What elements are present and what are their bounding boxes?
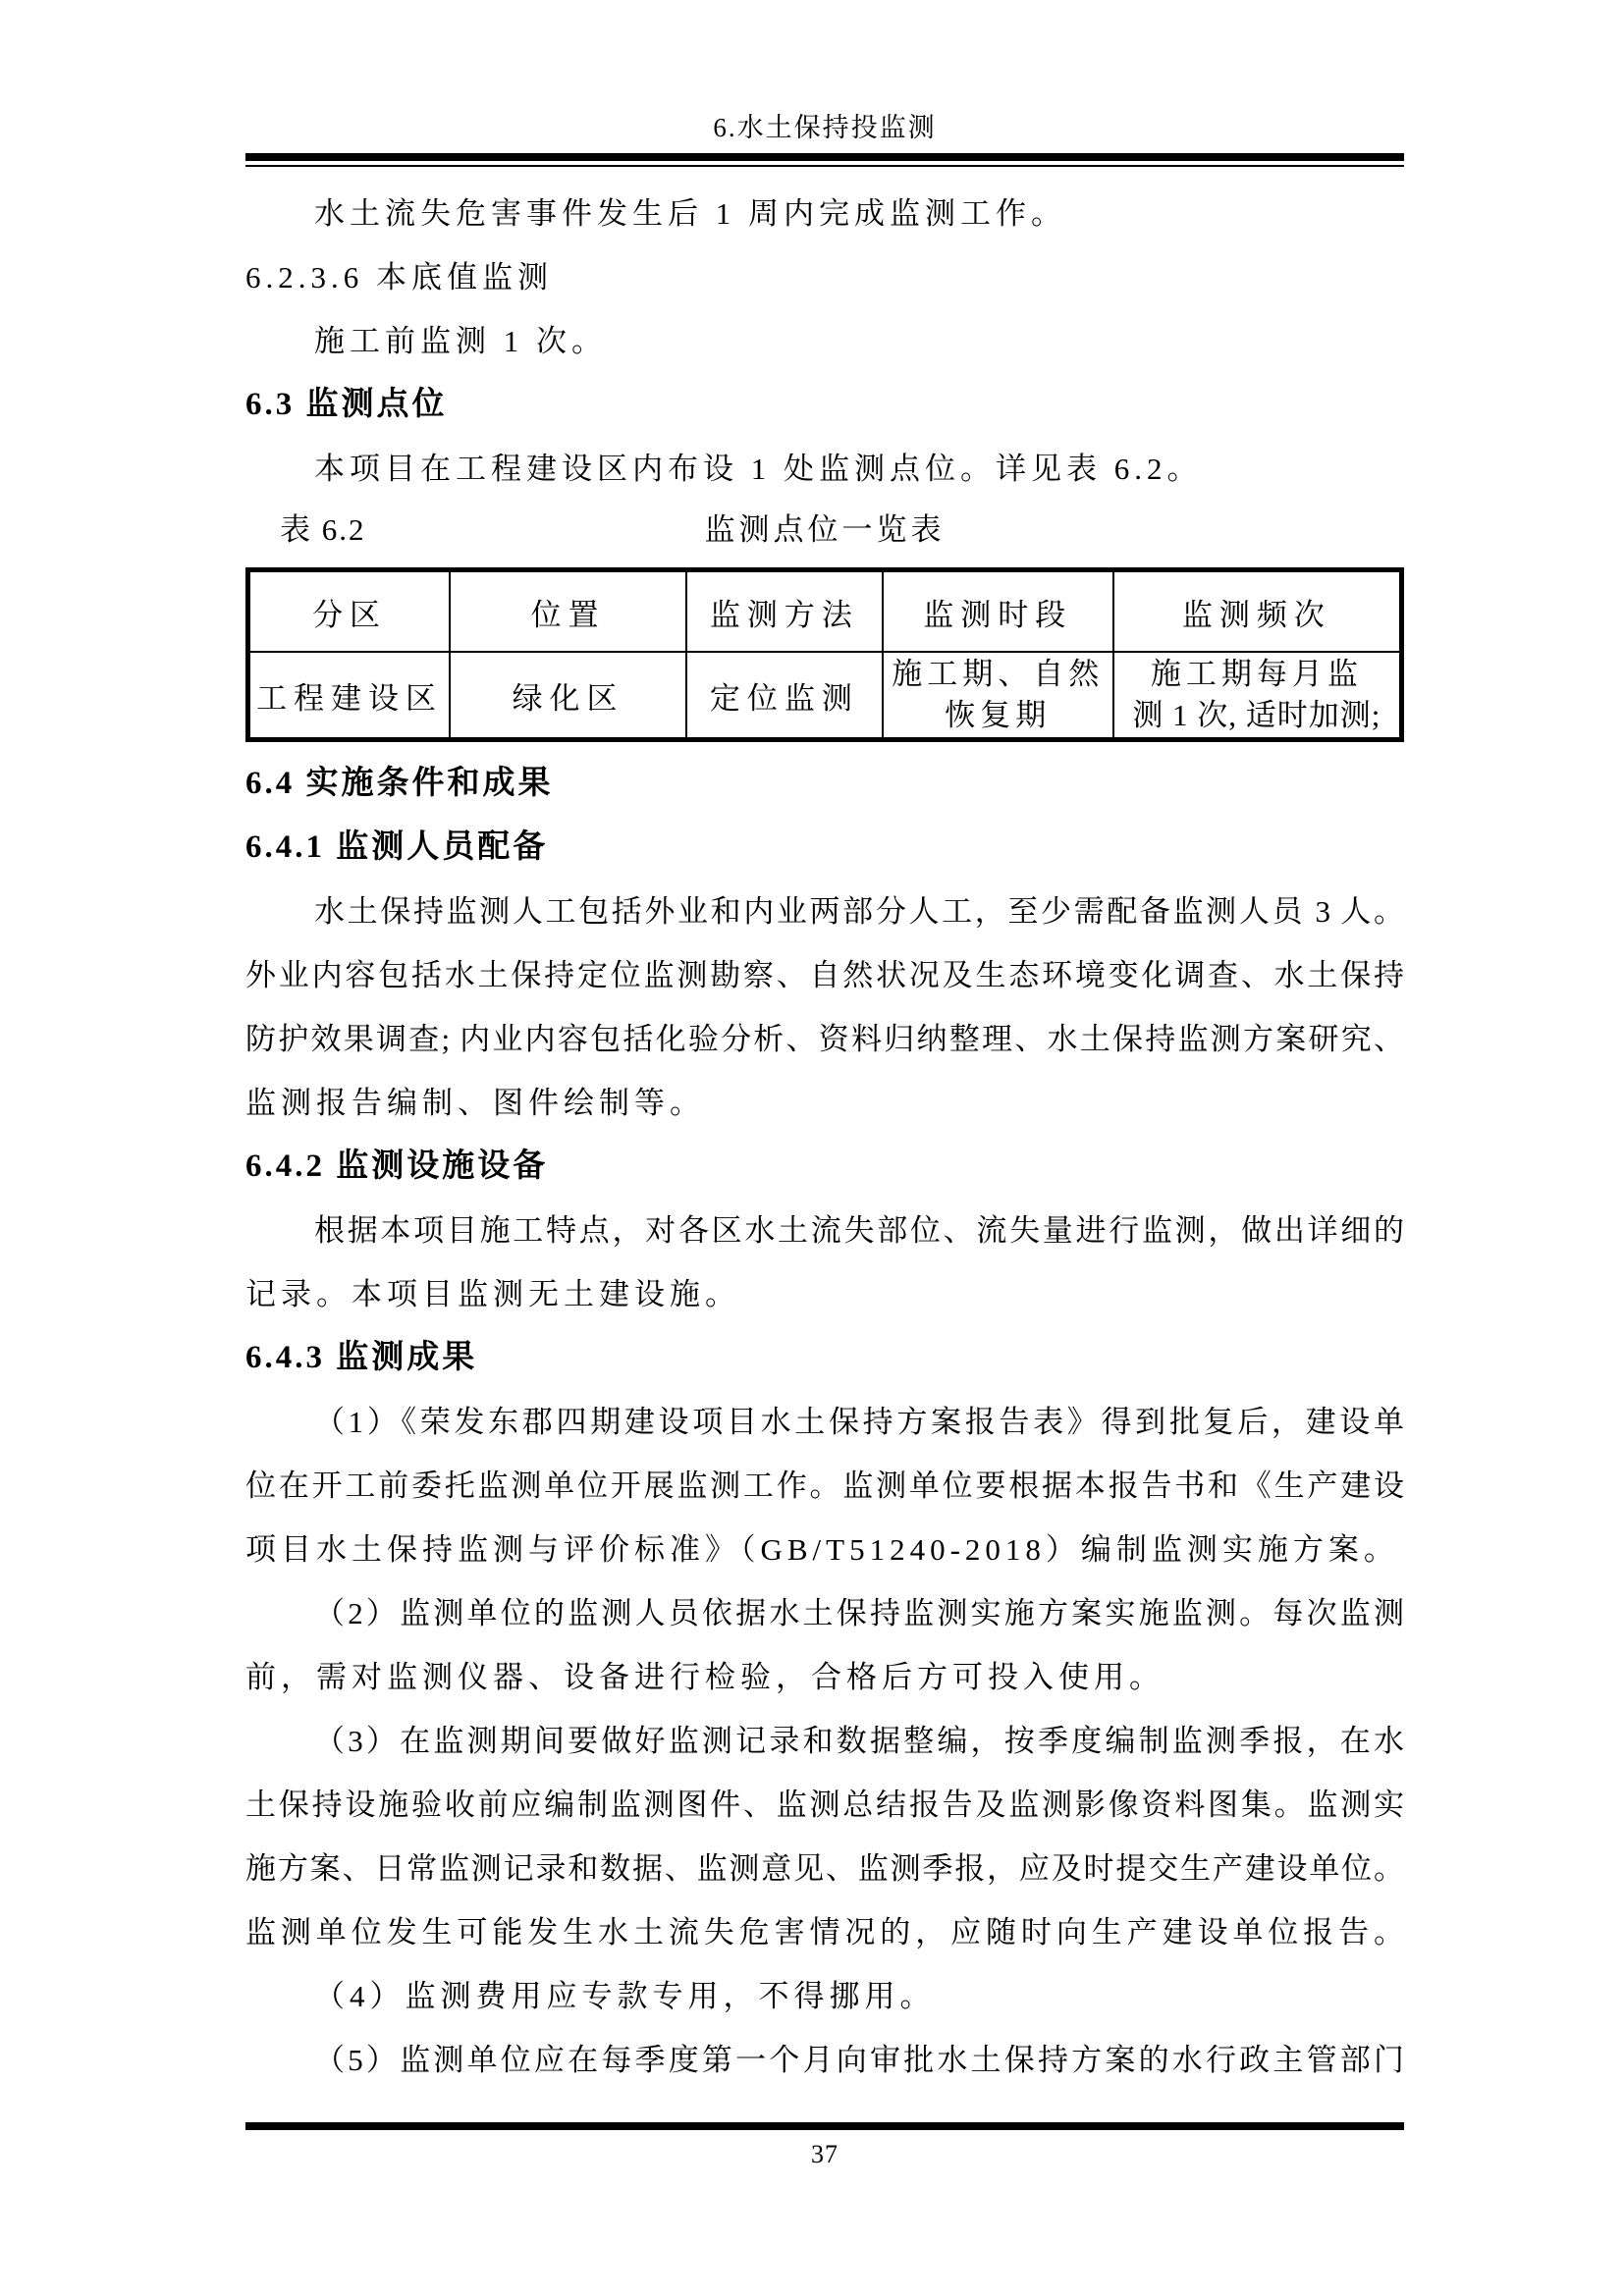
page-footer: 37 (245, 2122, 1404, 2169)
table-header-row: 分区 位置 监测方法 监测时段 监测频次 (248, 570, 1402, 653)
heading-642-facilities: 6.4.2 监测设施设备 (245, 1135, 1404, 1199)
paragraph-641-line2: 外业内容包括水土保持定位监测勘察、自然状况及生态环境变化调查、水土保持 (245, 943, 1404, 1007)
table-data-row: 工程建设区 绿化区 定位监测 施工期、自然 恢复期 施工期每月监 测 1 次, … (248, 652, 1402, 740)
footer-rule (245, 2122, 1404, 2130)
table-cell-frequency-line2: 测 1 次, 适时加测; (1118, 695, 1395, 736)
paragraph-643-item3-line2: 土保持设施验收前应编制监测图件、监测总结报告及监测影像资料图集。监测实 (245, 1773, 1404, 1837)
paragraph-643-item3-line3: 施方案、日常监测记录和数据、监测意见、监测季报，应及时提交生产建设单位。 (245, 1837, 1404, 1900)
table-header-zone: 分区 (248, 570, 451, 653)
paragraph-baseline: 施工前监测 1 次。 (245, 309, 1404, 373)
paragraph-643-item3-line4: 监测单位发生可能发生水土流失危害情况的，应随时向生产建设单位报告。 (245, 1900, 1404, 1964)
table-cell-frequency-line1: 施工期每月监 (1118, 654, 1395, 695)
table-cell-method: 定位监测 (686, 652, 883, 740)
document-body: 水土流失危害事件发生后 1 周内完成监测工作。 6.2.3.6 本底值监测 施工… (245, 182, 1404, 2092)
table-caption-row: 表 6.2 监测点位一览表 (245, 501, 1404, 560)
paragraph-643-item2-line1: （2）监测单位的监测人员依据水土保持监测实施方案实施监测。每次监测 (245, 1581, 1404, 1645)
paragraph-63-intro: 本项目在工程建设区内布设 1 处监测点位。详见表 6.2。 (245, 437, 1404, 501)
table-cell-period: 施工期、自然 恢复期 (883, 652, 1113, 740)
header-title: 6.水土保持投监测 (245, 110, 1404, 145)
paragraph-643-item2-line2: 前，需对监测仪器、设备进行检验，合格后方可投入使用。 (245, 1645, 1404, 1709)
paragraph-643-item1-line2: 位在开工前委托监测单位开展监测工作。监测单位要根据本报告书和《生产建设 (245, 1454, 1404, 1518)
paragraph-damage-event: 水土流失危害事件发生后 1 周内完成监测工作。 (245, 182, 1404, 245)
table-cell-zone: 工程建设区 (248, 652, 451, 740)
header-rule-thin (245, 165, 1404, 167)
paragraph-643-item4: （4）监测费用应专款专用，不得挪用。 (245, 1964, 1404, 2028)
table-cell-frequency: 施工期每月监 测 1 次, 适时加测; (1113, 652, 1402, 740)
table-cell-period-line2: 恢复期 (888, 695, 1109, 736)
header-rule-thick (245, 153, 1404, 161)
heading-6236-baseline: 6.2.3.6 本底值监测 (245, 245, 1404, 309)
table-caption-title: 监测点位一览表 (245, 501, 1404, 560)
table-header-method: 监测方法 (686, 570, 883, 653)
page-number: 37 (245, 2140, 1404, 2169)
table-header-period: 监测时段 (883, 570, 1113, 653)
heading-643-results: 6.4.3 监测成果 (245, 1326, 1404, 1390)
paragraph-641-line4: 监测报告编制、图件绘制等。 (245, 1071, 1404, 1135)
paragraph-641-line3: 防护效果调查; 内业内容包括化验分析、资料归纳整理、水土保持监测方案研究、 (245, 1007, 1404, 1071)
heading-64-conditions-results: 6.4 实施条件和成果 (245, 752, 1404, 816)
paragraph-642-line1: 根据本项目施工特点，对各区水土流失部位、流失量进行监测，做出详细的 (245, 1199, 1404, 1262)
monitoring-points-table: 分区 位置 监测方法 监测时段 监测频次 工程建设区 绿化区 定位监测 施工期、… (245, 567, 1404, 742)
table-header-frequency: 监测频次 (1113, 570, 1402, 653)
heading-641-personnel: 6.4.1 监测人员配备 (245, 816, 1404, 880)
document-page: 6.水土保持投监测 水土流失危害事件发生后 1 周内完成监测工作。 6.2.3.… (0, 0, 1624, 2296)
paragraph-643-item5: （5）监测单位应在每季度第一个月向审批水土保持方案的水行政主管部门 (245, 2028, 1404, 2092)
table-caption-label: 表 6.2 (280, 501, 366, 560)
paragraph-643-item3-line1: （3）在监测期间要做好监测记录和数据整编，按季度编制监测季报，在水 (245, 1709, 1404, 1773)
page-header: 6.水土保持投监测 (245, 110, 1404, 167)
paragraph-642-line2: 记录。本项目监测无土建设施。 (245, 1262, 1404, 1326)
table-cell-period-line1: 施工期、自然 (888, 654, 1109, 695)
heading-63-monitoring-points: 6.3 监测点位 (245, 373, 1404, 437)
paragraph-643-item1-line1: （1）《荣发东郡四期建设项目水土保持方案报告表》得到批复后，建设单 (245, 1390, 1404, 1454)
paragraph-643-item1-line3: 项目水土保持监测与评价标准》（GB/T51240-2018）编制监测实施方案。 (245, 1518, 1404, 1581)
table-header-location: 位置 (450, 570, 686, 653)
table-cell-location: 绿化区 (450, 652, 686, 740)
paragraph-641-line1: 水土保持监测人工包括外业和内业两部分人工，至少需配备监测人员 3 人。 (245, 880, 1404, 943)
